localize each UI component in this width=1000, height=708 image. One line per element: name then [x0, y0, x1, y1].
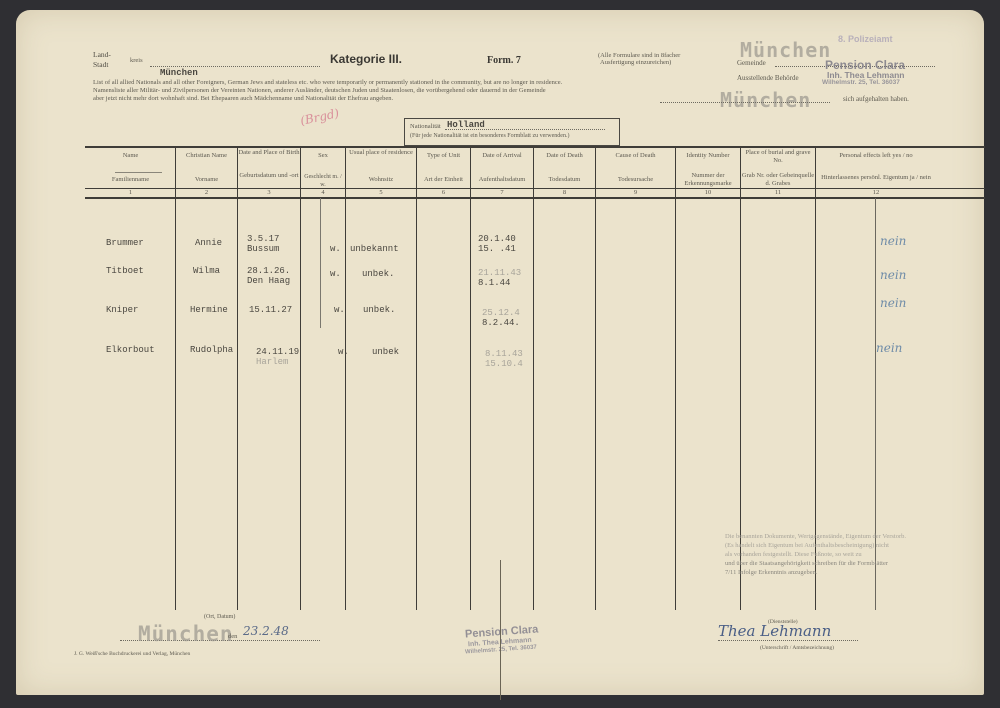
- row2-first-name: Wilma: [193, 266, 220, 276]
- nationality-label: Nationalität: [410, 123, 441, 131]
- row2-arrival-1: 21.11.43: [478, 268, 521, 278]
- form-note-2: Ausfertigung einzureichen): [600, 59, 671, 67]
- row1-surname: Brummer: [106, 238, 144, 248]
- row3-arrival-1: 25.12.4: [482, 308, 520, 318]
- footnote-line-1: Die benannten Dokumente, Wertgegenstände…: [725, 533, 975, 541]
- row2-sex: w.: [330, 269, 341, 279]
- nationality-dotted-line: [445, 129, 605, 130]
- col-header-unit-num: 6: [417, 189, 470, 197]
- row2-arrival-2: 8.1.44: [478, 278, 510, 288]
- col-header-sex-de: Geschlecht m. / w.: [301, 174, 345, 189]
- col-header-death-cause-num: 9: [596, 189, 675, 197]
- land-label: Land-: [93, 50, 111, 59]
- col-header-christian-num: 2: [176, 189, 237, 197]
- footer-date: 23.2.48: [243, 624, 289, 638]
- row3-effects: nein: [880, 296, 906, 310]
- row3-residence: unbek.: [363, 305, 395, 315]
- row1-first-name: Annie: [195, 238, 222, 248]
- col-header-christian-en: Christian Name: [176, 152, 237, 160]
- intro-suffix: sich aufgehalten haben.: [843, 96, 909, 104]
- row4-birth-place: Harlem: [256, 357, 288, 367]
- row2-effects: nein: [880, 268, 906, 282]
- col-divider-2: [237, 148, 238, 610]
- header-sub-rule: [115, 172, 162, 173]
- row3-first-name: Hermine: [190, 305, 228, 315]
- col-header-birth-en: Date and Place of Birth: [238, 149, 300, 157]
- signature-dotted-line: [718, 640, 858, 641]
- col-header-name-de: Familienname: [88, 176, 173, 184]
- col-header-arrival-en: Date of Arrival: [471, 152, 533, 160]
- intro-line-1: List of all allied Nationals and all oth…: [93, 79, 813, 87]
- gemeinde-label: Gemeinde: [737, 60, 766, 68]
- row2-surname: Titboet: [106, 266, 144, 276]
- sex-sub-divider: [320, 198, 321, 328]
- col-divider-5: [416, 148, 417, 610]
- row2-birth-place: Den Haag: [247, 276, 290, 286]
- row4-sex: w.: [338, 347, 349, 357]
- col-header-death-cause-en: Cause of Death: [596, 152, 675, 160]
- row1-birth-place: Bussum: [247, 244, 279, 254]
- stadt-dotted-line: [150, 66, 320, 67]
- col-divider-3: [300, 148, 301, 610]
- col-header-name-en: Name: [88, 152, 173, 160]
- row3-sex: w.: [334, 305, 345, 315]
- col-header-burial-en: Place of burial and grave No.: [741, 149, 815, 164]
- place-date-label: (Ort, Datum): [204, 614, 235, 622]
- row1-sex: w.: [330, 244, 341, 254]
- col-header-arrival-num: 7: [471, 189, 533, 197]
- muenchen-stamp-bottom: München: [138, 622, 234, 646]
- row3-surname: Kniper: [106, 305, 138, 315]
- col-header-name-num: 1: [88, 189, 173, 197]
- col-header-burial-num: 11: [741, 189, 815, 197]
- col-header-burial-de: Grab Nr. oder Gebeinquelle d. Grabes: [741, 172, 815, 187]
- col-header-unit-de: Art der Einheit: [417, 176, 470, 184]
- row1-arrival-1: 20.1.40: [478, 234, 516, 244]
- signature: Thea Lehmann: [718, 622, 831, 640]
- col-header-residence-num: 5: [346, 189, 416, 197]
- row4-arrival-2: 15.10.4: [485, 359, 523, 369]
- col-divider-7: [533, 148, 534, 610]
- col-header-death-cause-de: Todesursache: [596, 176, 675, 184]
- col-divider-1: [175, 148, 176, 610]
- printer-note: J. G. Weiß'sche Buchdruckerei und Verlag…: [74, 651, 190, 659]
- col-divider-11: [815, 148, 816, 610]
- col-divider-10: [740, 148, 741, 610]
- form-number: Form. 7: [487, 55, 521, 66]
- col-header-death-date-en: Date of Death: [534, 152, 595, 160]
- intro-line-3: aber jetzt nicht mehr dort wohnhaft sind…: [93, 95, 653, 103]
- col-header-sex-num: 4: [301, 189, 345, 197]
- row3-arrival-2: 8.2.44.: [482, 318, 520, 328]
- row4-surname: Elkorbout: [106, 345, 155, 355]
- pension-stamp-line3: Wilhelmstr. 25, Tel. 36037: [822, 79, 900, 86]
- table-top-rule: [85, 146, 985, 148]
- row4-residence: unbek: [372, 347, 399, 357]
- city-typed: München: [160, 68, 198, 78]
- polizeiamt-stamp: 8. Polizeiamt: [838, 34, 893, 44]
- nationality-note: (Für jede Nationalität ist ein besondere…: [410, 133, 569, 141]
- col-header-residence-de: Wohnsitz: [346, 176, 416, 184]
- row4-effects: nein: [876, 341, 902, 355]
- row1-effects: nein: [880, 234, 906, 248]
- col-header-death-date-num: 8: [534, 189, 595, 197]
- stadt-label: Stadt: [93, 60, 108, 69]
- row3-birth-date: 15.11.27: [249, 305, 292, 315]
- col-header-effects-en: Personal effects left yes / no: [816, 152, 936, 160]
- den-label: den: [228, 633, 237, 641]
- col-header-birth-de: Geburtsdatum und -ort: [238, 172, 300, 180]
- col-header-identity-num: 10: [676, 189, 740, 197]
- paper-fold-line: [500, 560, 501, 700]
- footnote-line-4: und über die Staatsangehörigkeit schreib…: [725, 560, 975, 568]
- col-header-identity-de: Nummer der Erkennungsmarke: [676, 172, 740, 187]
- row2-residence: unbek.: [362, 269, 394, 279]
- col-divider-4: [345, 148, 346, 610]
- row1-arrival-2: 15. .41: [478, 244, 516, 254]
- row4-arrival-1: 8.11.43: [485, 349, 523, 359]
- col-header-effects-de: Hinterlassenes persönl. Eigentum ja / ne…: [816, 174, 936, 182]
- col-divider-8: [595, 148, 596, 610]
- col-header-residence-en: Usual place of residence: [346, 149, 416, 157]
- col-header-arrival-de: Aufenthaltsdatum: [471, 176, 533, 184]
- col-header-death-date-de: Todesdatum: [534, 176, 595, 184]
- col-divider-9: [675, 148, 676, 610]
- col-header-christian-de: Vorname: [176, 176, 237, 184]
- col-header-identity-en: Identity Number: [676, 152, 740, 160]
- col-header-birth-num: 3: [238, 189, 300, 197]
- col-header-sex-en: Sex: [301, 152, 345, 160]
- row4-first-name: Rudolpha: [190, 345, 233, 355]
- residence-dotted-line: [660, 102, 830, 103]
- col-header-unit-en: Type of Unit: [417, 152, 470, 160]
- signature-label-bottom: (Unterschrift / Amtsbezeichnung): [760, 645, 834, 653]
- col-header-effects-num: 12: [816, 189, 936, 197]
- category-title: Kategorie III.: [330, 52, 402, 66]
- col-divider-6: [470, 148, 471, 610]
- footnote-line-5: 7/11 Infolge Erkenntnis anzugeben.: [725, 569, 975, 577]
- muenchen-stamp-mid: München: [720, 88, 811, 112]
- row1-birth-date: 3.5.17: [247, 234, 279, 244]
- row2-birth-date: 28.1.26.: [247, 266, 290, 276]
- intro-line-2: Namensliste aller Militär- und Zivilpers…: [93, 87, 653, 95]
- kreis-label: kreis: [130, 57, 143, 65]
- row1-residence: unbekannt: [350, 244, 399, 254]
- table-number-rule: [85, 197, 985, 199]
- row4-birth-date: 24.11.19: [256, 347, 299, 357]
- footnote-line-3: als vorhanden festgestellt. Diese Fußnot…: [725, 551, 975, 559]
- footnote-line-2: (Es handelt sich Eigentum bei Aufenthalt…: [725, 542, 975, 550]
